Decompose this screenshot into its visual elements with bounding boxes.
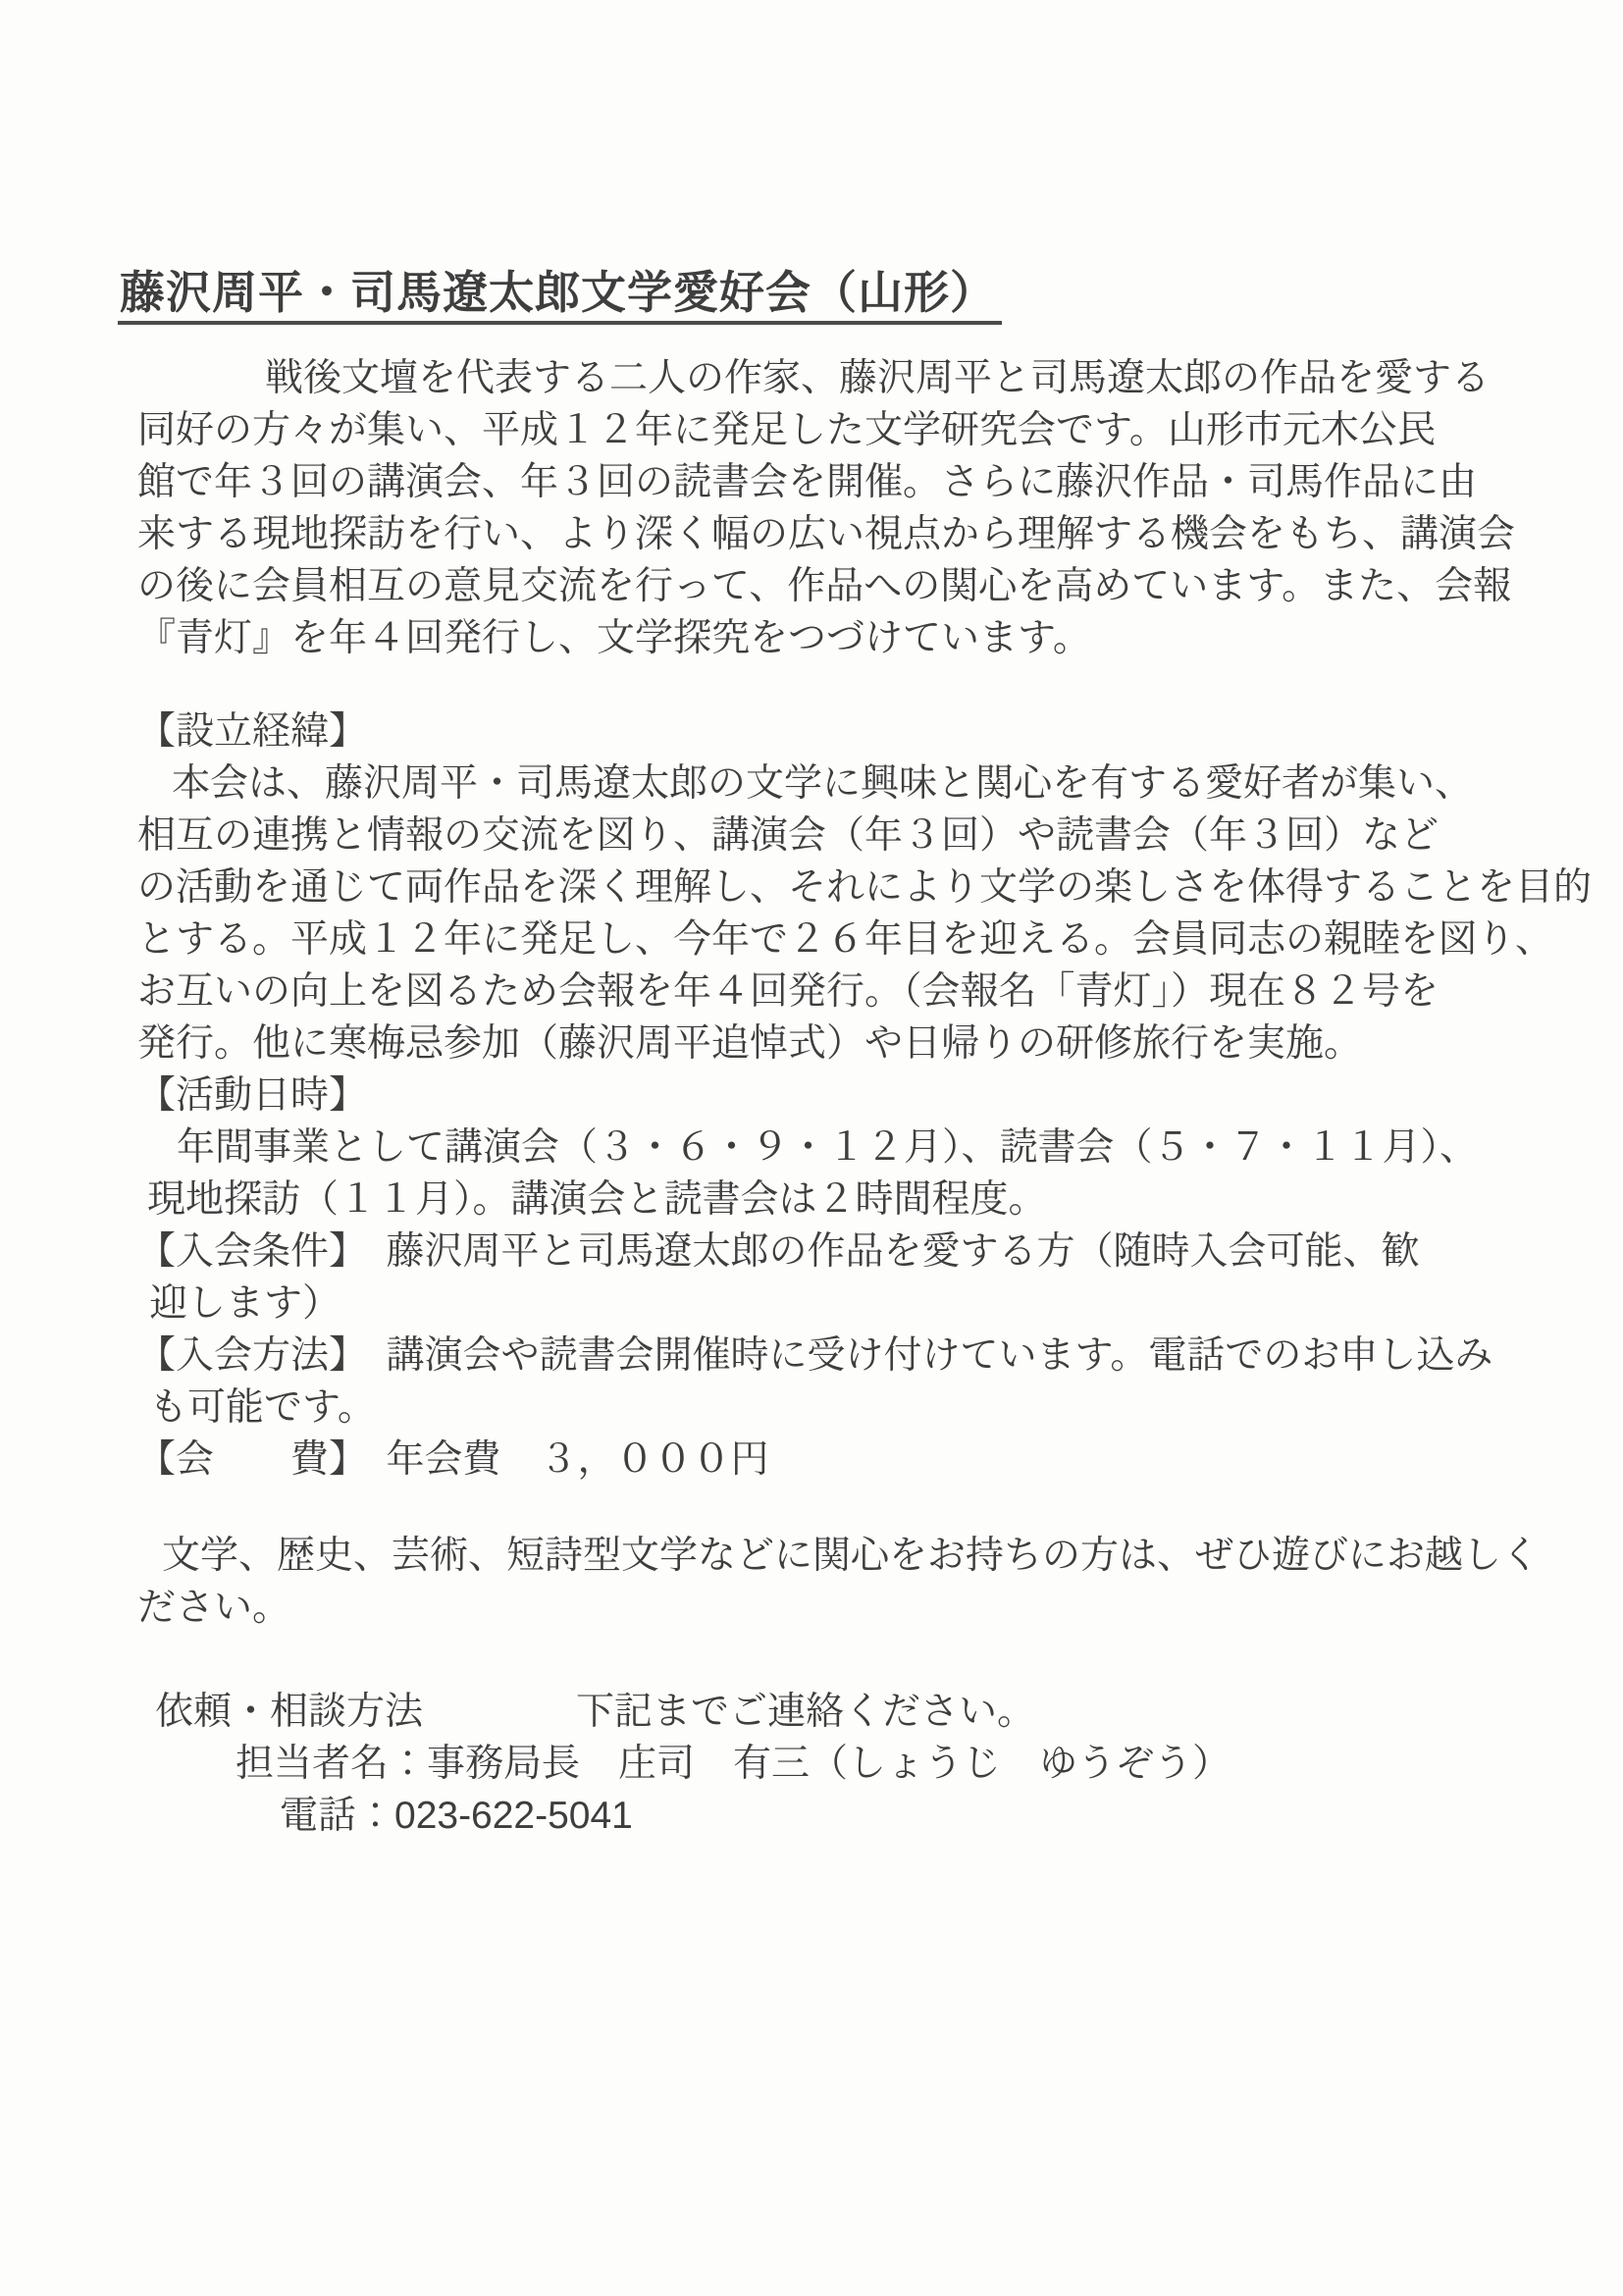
text-line: 現地探訪（１１月）。講演会と読書会は２時間程度。 (137, 1174, 1505, 1226)
text-line: も可能です。 (137, 1382, 1505, 1434)
text-line: 【入会方法】 講演会や読書会開催時に受け付けています。電話でのお申し込み (137, 1330, 1505, 1382)
scanned-document-page: 藤沢周平・司馬遼太郎文学愛好会（山形） 戦後文壇を代表する二人の作家、藤沢周平と… (0, 0, 1623, 2296)
text-line: 『青灯』を年４回発行し、文学探究をつづけています。 (137, 612, 1505, 664)
text-line: の後に会員相互の意見交流を行って、作品への関心を高めています。また、会報 (137, 560, 1505, 612)
contact-section: 依頼・相談方法 下記までご連絡ください。 担当者名：事務局長 庄司 有三（しょう… (137, 1686, 1505, 1842)
membership-method-section: 【入会方法】 講演会や読書会開催時に受け付けています。電話でのお申し込み も可能… (137, 1330, 1505, 1434)
text-line: 本会は、藤沢周平・司馬遼太郎の文学に興味と関心を有する愛好者が集い、 (137, 757, 1505, 809)
text-line: ださい。 (137, 1582, 1505, 1634)
document-title-text: 藤沢周平・司馬遼太郎文学愛好会（山形） (118, 267, 1002, 325)
text-line: 戦後文壇を代表する二人の作家、藤沢周平と司馬遼太郎の作品を愛する (137, 352, 1505, 404)
text-line: 同好の方々が集い、平成１２年に発足した文学研究会です。山形市元木公民 (137, 404, 1505, 456)
fee-section: 【会 費】 年会費 ３，０００円 (137, 1434, 1505, 1486)
text-line: 【入会条件】 藤沢周平と司馬遼太郎の作品を愛する方（随時入会可能、歓 (137, 1226, 1505, 1278)
intro-paragraph: 戦後文壇を代表する二人の作家、藤沢周平と司馬遼太郎の作品を愛する 同好の方々が集… (137, 352, 1505, 664)
section-heading-establishment: 【設立経緯】 (137, 705, 1505, 757)
text-line: お互いの向上を図るため会報を年４回発行。（会報名「青灯」）現在８２号を (137, 965, 1505, 1018)
document-content: 藤沢周平・司馬遼太郎文学愛好会（山形） 戦後文壇を代表する二人の作家、藤沢周平と… (0, 0, 1623, 2296)
establishment-section: 【設立経緯】 本会は、藤沢周平・司馬遼太郎の文学に興味と関心を有する愛好者が集い… (137, 705, 1505, 1070)
text-line: とする。平成１２年に発足し、今年で２６年目を迎える。会員同志の親睦を図り、 (137, 913, 1505, 965)
section-heading-schedule: 【活動日時】 (137, 1070, 1505, 1122)
text-line: 来する現地探訪を行い、より深く幅の広い視点から理解する機会をもち、講演会 (137, 508, 1505, 560)
text-line: 迎します） (137, 1278, 1505, 1330)
text-line: 年間事業として講演会（３・６・９・１２月）、読書会（５・７・１１月）、 (137, 1122, 1505, 1174)
invitation-paragraph: 文学、歴史、芸術、短詩型文学などに関心をお持ちの方は、ぜひ遊びにお越しく ださい… (137, 1530, 1505, 1634)
text-line: 館で年３回の講演会、年３回の読書会を開催。さらに藤沢作品・司馬作品に由 (137, 456, 1505, 508)
schedule-section: 【活動日時】 年間事業として講演会（３・６・９・１２月）、読書会（５・７・１１月… (137, 1070, 1505, 1226)
text-line: 文学、歴史、芸術、短詩型文学などに関心をお持ちの方は、ぜひ遊びにお越しく (137, 1530, 1505, 1582)
fee-line: 【会 費】 年会費 ３，０００円 (137, 1434, 1505, 1486)
text-line: 相互の連携と情報の交流を図り、講演会（年３回）や読書会（年３回）など (137, 809, 1505, 861)
contact-phone-line: 電話：023-622-5041 (137, 1790, 1505, 1842)
contact-person-line: 担当者名：事務局長 庄司 有三（しょうじ ゆうぞう） (137, 1738, 1505, 1790)
document-title: 藤沢周平・司馬遼太郎文学愛好会（山形） (118, 267, 1505, 325)
contact-method-line: 依頼・相談方法 下記までご連絡ください。 (137, 1686, 1505, 1738)
membership-conditions-section: 【入会条件】 藤沢周平と司馬遼太郎の作品を愛する方（随時入会可能、歓 迎します） (137, 1226, 1505, 1330)
text-line: の活動を通じて両作品を深く理解し、それにより文学の楽しさを体得することを目的 (137, 861, 1505, 913)
text-line: 発行。他に寒梅忌参加（藤沢周平追悼式）や日帰りの研修旅行を実施。 (137, 1018, 1505, 1070)
